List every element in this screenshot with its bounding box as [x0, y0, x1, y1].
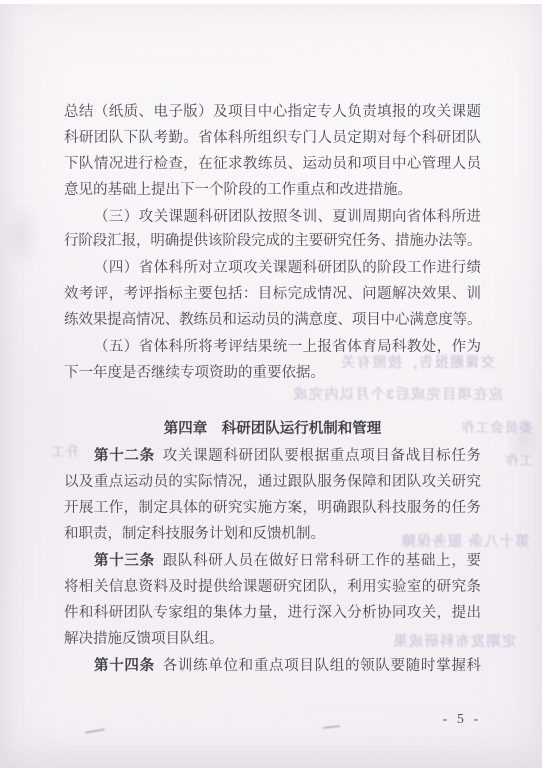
text-line: 总结（纸质、电子版）及项目中心指定专人负责填报的攻关课题 — [64, 103, 481, 122]
text-line: 以及重点运动员的实际情况，通过跟队服务保障和团队攻关研究 — [64, 473, 481, 492]
text-segment: 跟队科研人员在做好日常科研工作的基础上，要 — [155, 553, 481, 569]
text-segment: （四）省体科所对立项攻关课题科研团队的阶段工作进行绩 — [94, 260, 481, 276]
article-number: 第十四条 — [94, 658, 155, 674]
text-segment: 下队情况进行检查，在征求教练员、运动员和项目中心管理人员 — [64, 156, 481, 172]
text-line: 件和科研团队专家组的集体力量，进行深入分析协同攻关，提出 — [64, 604, 481, 623]
text-segment: 件和科研团队专家组的集体力量，进行深入分析协同攻关，提出 — [64, 605, 481, 621]
text-line: 和职责，制定科技服务计划和反馈机制。 — [64, 525, 481, 544]
text-segment: 科研团队下队考勤。省体科所组织专门人员定期对每个科研团队 — [64, 130, 481, 146]
text-segment: 第四章 科研团队运行机制和管理 — [164, 421, 382, 437]
text-line: 第十三条 跟队科研人员在做好日常科研工作的基础上，要 — [64, 552, 481, 571]
text-segment: 行阶段汇报，明确提供该阶段完成的主要研究任务、措施办法等。 — [64, 233, 481, 249]
text-line: 练效果提高情况、教练员和运动员的满意度、项目中心满意度等。 — [64, 311, 481, 330]
text-segment: 效考评，考评指标主要包括：目标完成情况、问题解决效果、训 — [64, 286, 481, 302]
paper-stain — [2, 200, 42, 270]
text-line: （三）攻关课题科研团队按照冬训、夏训周期向省体科所进 — [64, 208, 481, 227]
text-line: 第十四条 各训练单位和重点项目队组的领队要随时掌握科 — [64, 657, 481, 676]
article-number: 第十三条 — [94, 553, 155, 569]
text-segment: 意见的基础上提出下一个阶段的工作重点和改进措施。 — [64, 182, 412, 198]
document-text-layer: 总结（纸质、电子版）及项目中心指定专人负责填报的攻关课题科研团队下队考勤。省体科… — [0, 0, 542, 768]
text-segment: （三）攻关课题科研团队按照冬训、夏训周期向省体科所进 — [94, 209, 481, 225]
paper-stain — [505, 415, 541, 465]
text-line: 行阶段汇报，明确提供该阶段完成的主要研究任务、措施办法等。 — [64, 232, 481, 251]
chapter-heading: 第四章 科研团队运行机制和管理 — [64, 420, 481, 439]
article-number: 第十二条 — [94, 448, 155, 464]
text-segment: 将相关信息资料及时提供给课题研究团队，利用实验室的研究条 — [64, 579, 481, 595]
text-line: 开展工作，制定具体的研究实施方案，明确跟队科技服务的任务 — [64, 499, 481, 518]
text-segment: 攻关课题科研团队要根据重点项目备战目标任务 — [155, 448, 481, 464]
text-segment: 各训练单位和重点项目队组的领队要随时掌握科 — [155, 658, 481, 674]
text-line: 第十二条 攻关课题科研团队要根据重点项目备战目标任务 — [64, 447, 481, 466]
text-segment: 下一年度是否继续专项资助的重要依据。 — [64, 365, 325, 381]
text-line: 意见的基础上提出下一个阶段的工作重点和改进措施。 — [64, 181, 481, 200]
text-segment: 解决措施反馈项目队组。 — [64, 631, 224, 647]
text-segment: （五）省体科所将考评结果统一上报省体育局科教处，作为 — [94, 339, 481, 355]
text-segment: 总结（纸质、电子版）及项目中心指定专人负责填报的攻关课题 — [64, 104, 481, 120]
page-number: - 5 - — [64, 712, 481, 728]
text-line: （四）省体科所对立项攻关课题科研团队的阶段工作进行绩 — [64, 259, 481, 278]
text-line: 效考评，考评指标主要包括：目标完成情况、问题解决效果、训 — [64, 285, 481, 304]
text-segment: 以及重点运动员的实际情况，通过跟队服务保障和团队攻关研究 — [64, 474, 481, 490]
text-segment: 和职责，制定科技服务计划和反馈机制。 — [64, 526, 325, 542]
scanned-document-page: 交课题报告，按照有关应在项目完成后3个月以内完成委员会工作升工工作第十八条 服务… — [0, 0, 542, 768]
text-segment: 开展工作，制定具体的研究实施方案，明确跟队科技服务的任务 — [64, 500, 481, 516]
text-line: 下队情况进行检查，在征求教练员、运动员和项目中心管理人员 — [64, 155, 481, 174]
text-line: 下一年度是否继续专项资助的重要依据。 — [64, 364, 481, 383]
text-line: 解决措施反馈项目队组。 — [64, 630, 481, 649]
text-line: （五）省体科所将考评结果统一上报省体育局科教处，作为 — [64, 338, 481, 357]
text-segment: 练效果提高情况、教练员和运动员的满意度、项目中心满意度等。 — [64, 312, 481, 328]
text-line: 科研团队下队考勤。省体科所组织专门人员定期对每个科研团队 — [64, 129, 481, 148]
text-line: 将相关信息资料及时提供给课题研究团队，利用实验室的研究条 — [64, 578, 481, 597]
